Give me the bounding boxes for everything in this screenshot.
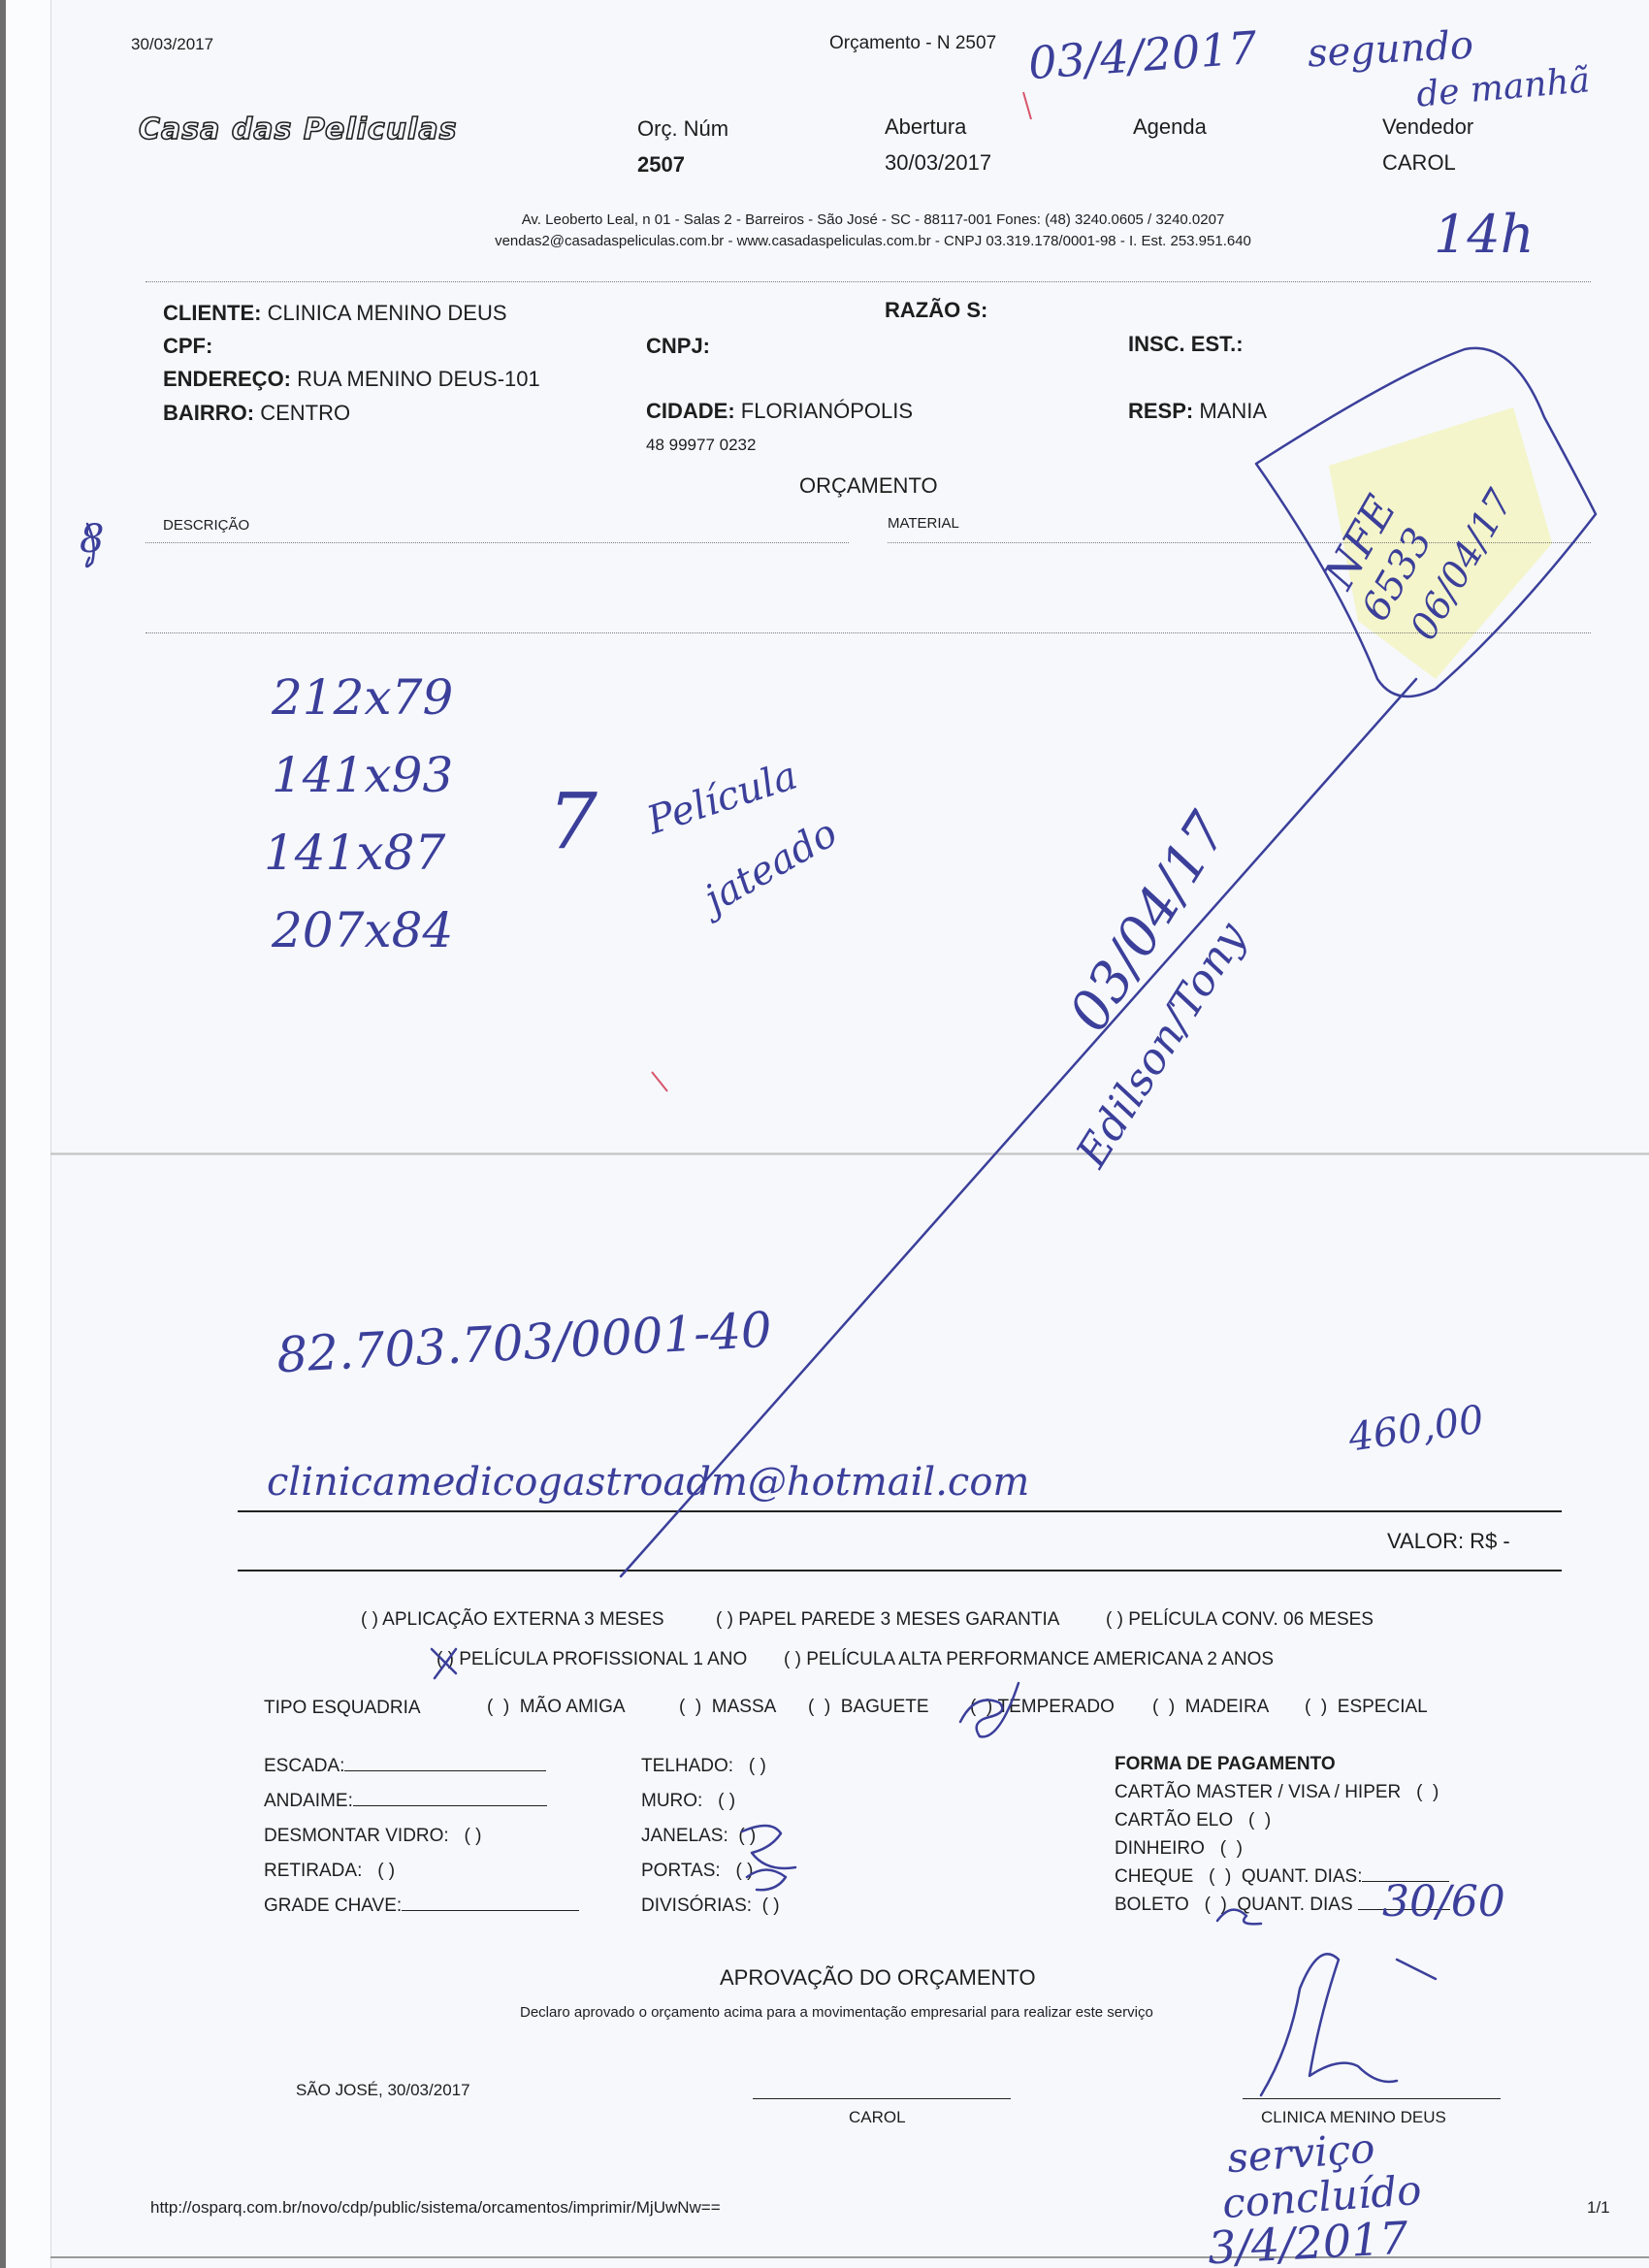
cidade-value: FLORIANÓPOLIS <box>741 399 913 423</box>
janelas-field[interactable]: JANELAS: ( ) <box>641 1826 756 1847</box>
handwritten-measurement-3: 141x87 <box>264 825 445 881</box>
vendedor-value: CAROL <box>1382 150 1456 176</box>
grade-chave-field[interactable]: GRADE CHAVE: <box>264 1895 579 1917</box>
seller-name: CAROL <box>849 2108 906 2127</box>
esquadria-massa[interactable]: ( ) MASSA <box>679 1697 776 1718</box>
payment-cartao-master[interactable]: CARTÃO MASTER / VISA / HIPER ( ) <box>1115 1782 1439 1803</box>
cliente-field: CLIENTE: CLINICA MENINO DEUS <box>163 301 507 326</box>
option-pelicula-alta-performance[interactable]: ( ) PELÍCULA ALTA PERFORMANCE AMERICANA … <box>784 1649 1274 1670</box>
cidade-label: CIDADE: <box>646 399 735 423</box>
blank-line <box>402 1910 579 1911</box>
blank-line <box>353 1805 547 1806</box>
andaime-field[interactable]: ANDAIME: <box>264 1791 547 1812</box>
field-label: RETIRADA: <box>264 1861 362 1881</box>
notes-line-2 <box>238 1570 1562 1571</box>
scanned-page <box>6 0 1649 2268</box>
razao-label: RAZÃO S: <box>885 298 987 323</box>
option-label: PELÍCULA CONV. 06 MESES <box>1128 1609 1374 1630</box>
footer-url[interactable]: http://osparq.com.br/novo/cdp/public/sis… <box>150 2198 721 2218</box>
field-label: DESMONTAR VIDRO: <box>264 1826 449 1846</box>
orcamento-title: ORÇAMENTO <box>799 473 938 499</box>
field-label: ESCADA: <box>264 1756 344 1776</box>
client-phone: 48 99977 0232 <box>646 436 756 455</box>
seller-signature-line <box>753 2098 1011 2099</box>
endereco-value: RUA MENINO DEUS-101 <box>297 367 540 391</box>
document-title: Orçamento - N 2507 <box>829 33 996 54</box>
field-label: ANDAIME: <box>264 1791 353 1811</box>
esquadria-baguete[interactable]: ( ) BAGUETE <box>808 1697 929 1718</box>
client-signature-line <box>1243 2098 1501 2099</box>
telhado-field[interactable]: TELHADO: ( ) <box>641 1756 766 1777</box>
handwritten-service-done-3: 3/4/2017 <box>1207 2212 1409 2268</box>
bairro-value: CENTRO <box>260 401 350 425</box>
option-label: APLICAÇÃO EXTERNA 3 MESES <box>382 1609 663 1630</box>
endereco-field: ENDEREÇO: RUA MENINO DEUS-101 <box>163 367 540 392</box>
company-address: Av. Leoberto Leal, n 01 - Salas 2 - Barr… <box>466 211 1280 228</box>
cliente-value: CLINICA MENINO DEUS <box>268 301 507 325</box>
notes-line-1 <box>238 1510 1562 1512</box>
handwritten-boleto-days: 30/60 <box>1382 1877 1505 1927</box>
vendedor-label: Vendedor <box>1382 114 1473 140</box>
resp-value: MANIA <box>1199 399 1267 423</box>
payment-cartao-elo[interactable]: CARTÃO ELO ( ) <box>1115 1810 1271 1831</box>
retirada-field[interactable]: RETIRADA: ( ) <box>264 1861 395 1882</box>
option-label: PELÍCULA ALTA PERFORMANCE AMERICANA 2 AN… <box>806 1649 1274 1669</box>
handwritten-measurement-4: 207x84 <box>272 902 453 958</box>
muro-field[interactable]: MURO: ( ) <box>641 1791 735 1812</box>
option-label: BOLETO <box>1115 1895 1189 1915</box>
valor-total: VALOR: R$ - <box>1387 1529 1510 1554</box>
insc-est-label: INSC. EST.: <box>1128 332 1244 357</box>
option-label: MÃO AMIGA <box>520 1697 626 1717</box>
cliente-label: CLIENTE: <box>163 301 261 325</box>
handwritten-measurement-2: 141x93 <box>272 747 453 803</box>
option-label: MASSA <box>712 1697 777 1717</box>
bairro-field: BAIRRO: CENTRO <box>163 401 350 426</box>
fold-crease <box>50 1152 1649 1155</box>
cnpj-label: CNPJ: <box>646 334 710 359</box>
option-label: PAPEL PAREDE 3 MESES GARANTIA <box>738 1609 1059 1630</box>
payment-dinheiro[interactable]: DINHEIRO ( ) <box>1115 1838 1243 1860</box>
field-label: PORTAS: <box>641 1861 721 1881</box>
handwritten-measurement-1: 212x79 <box>272 669 453 726</box>
days-label: QUANT. DIAS <box>1237 1895 1352 1915</box>
desmontar-vidro-field[interactable]: DESMONTAR VIDRO: ( ) <box>264 1826 482 1847</box>
place-date: SÃO JOSÉ, 30/03/2017 <box>296 2081 470 2100</box>
bairro-label: BAIRRO: <box>163 401 254 425</box>
blank-line <box>344 1770 546 1771</box>
descricao-line <box>145 542 849 543</box>
option-label: CARTÃO MASTER / VISA / HIPER <box>1115 1782 1401 1802</box>
option-papel-parede[interactable]: ( ) PAPEL PAREDE 3 MESES GARANTIA <box>716 1609 1059 1631</box>
esquadria-label: TIPO ESQUADRIA <box>264 1698 421 1719</box>
print-date: 30/03/2017 <box>131 35 213 54</box>
option-label: CARTÃO ELO <box>1115 1810 1233 1831</box>
field-label: GRADE CHAVE: <box>264 1895 402 1916</box>
option-label: BAGUETE <box>841 1697 929 1717</box>
portas-field[interactable]: PORTAS: ( ) <box>641 1861 753 1882</box>
items-divider <box>145 632 1591 633</box>
col-descricao: DESCRIÇÃO <box>163 517 249 534</box>
resp-field: RESP: MANIA <box>1128 399 1267 424</box>
handwritten-brace: 7 <box>548 776 598 866</box>
esquadria-mao-amiga[interactable]: ( ) MÃO AMIGA <box>487 1697 626 1718</box>
abertura-value: 30/03/2017 <box>885 150 991 176</box>
col-material: MATERIAL <box>888 515 959 532</box>
divisorias-field[interactable]: DIVISÓRIAS: ( ) <box>641 1895 780 1917</box>
client-name: CLINICA MENINO DEUS <box>1261 2108 1446 2127</box>
resp-label: RESP: <box>1128 399 1193 423</box>
paper-edge <box>6 0 51 2268</box>
option-label: DINHEIRO <box>1115 1838 1205 1859</box>
esquadria-madeira[interactable]: ( ) MADEIRA <box>1152 1697 1269 1718</box>
company-contacts: vendas2@casadaspeliculas.com.br - www.ca… <box>427 233 1319 249</box>
option-label: TEMPERADO <box>998 1697 1115 1717</box>
escada-field[interactable]: ESCADA: <box>264 1756 546 1777</box>
handwritten-email: clinicamedicogastroadm@hotmail.com <box>267 1460 1029 1505</box>
cidade-field: CIDADE: FLORIANÓPOLIS <box>646 399 913 424</box>
field-label: DIVISÓRIAS: <box>641 1895 752 1916</box>
handwritten-margin-mark: 8 <box>80 517 104 562</box>
option-label: CHEQUE <box>1115 1866 1193 1887</box>
approval-declaration: Declaro aprovado o orçamento acima para … <box>520 2004 1153 2021</box>
field-label: TELHADO: <box>641 1756 733 1776</box>
endereco-label: ENDEREÇO: <box>163 367 291 391</box>
option-label: PELÍCULA PROFISSIONAL 1 ANO <box>459 1649 747 1669</box>
handwritten-initials-time: 14h <box>1434 204 1535 265</box>
days-label: QUANT. DIAS: <box>1242 1866 1363 1887</box>
esquadria-especial[interactable]: ( ) ESPECIAL <box>1305 1697 1428 1718</box>
header-divider <box>145 281 1591 282</box>
option-pelicula-conv[interactable]: ( ) PELÍCULA CONV. 06 MESES <box>1106 1609 1374 1631</box>
approval-title: APROVAÇÃO DO ORÇAMENTO <box>720 1965 1036 1991</box>
esquadria-temperado[interactable]: ( ) TEMPERADO <box>970 1697 1115 1718</box>
option-aplicacao-externa[interactable]: ( ) APLICAÇÃO EXTERNA 3 MESES <box>361 1609 664 1631</box>
agenda-label: Agenda <box>1133 114 1207 140</box>
option-label: ESPECIAL <box>1338 1697 1428 1717</box>
page-number: 1/1 <box>1587 2198 1610 2218</box>
cpf-label: CPF: <box>163 334 212 359</box>
option-label: MADEIRA <box>1185 1697 1270 1717</box>
field-label: JANELAS: <box>641 1826 728 1846</box>
handwritten-top-note: segundo <box>1307 23 1474 77</box>
option-pelicula-profissional[interactable]: ( ) PELÍCULA PROFISSIONAL 1 ANO <box>436 1649 747 1670</box>
abertura-label: Abertura <box>885 114 966 140</box>
field-label: MURO: <box>641 1791 702 1811</box>
orc-num-label: Orç. Núm <box>637 116 728 142</box>
payment-title: FORMA DE PAGAMENTO <box>1115 1754 1336 1775</box>
orc-num-value: 2507 <box>637 152 685 178</box>
company-logo: Casa das Peliculas <box>139 113 457 146</box>
